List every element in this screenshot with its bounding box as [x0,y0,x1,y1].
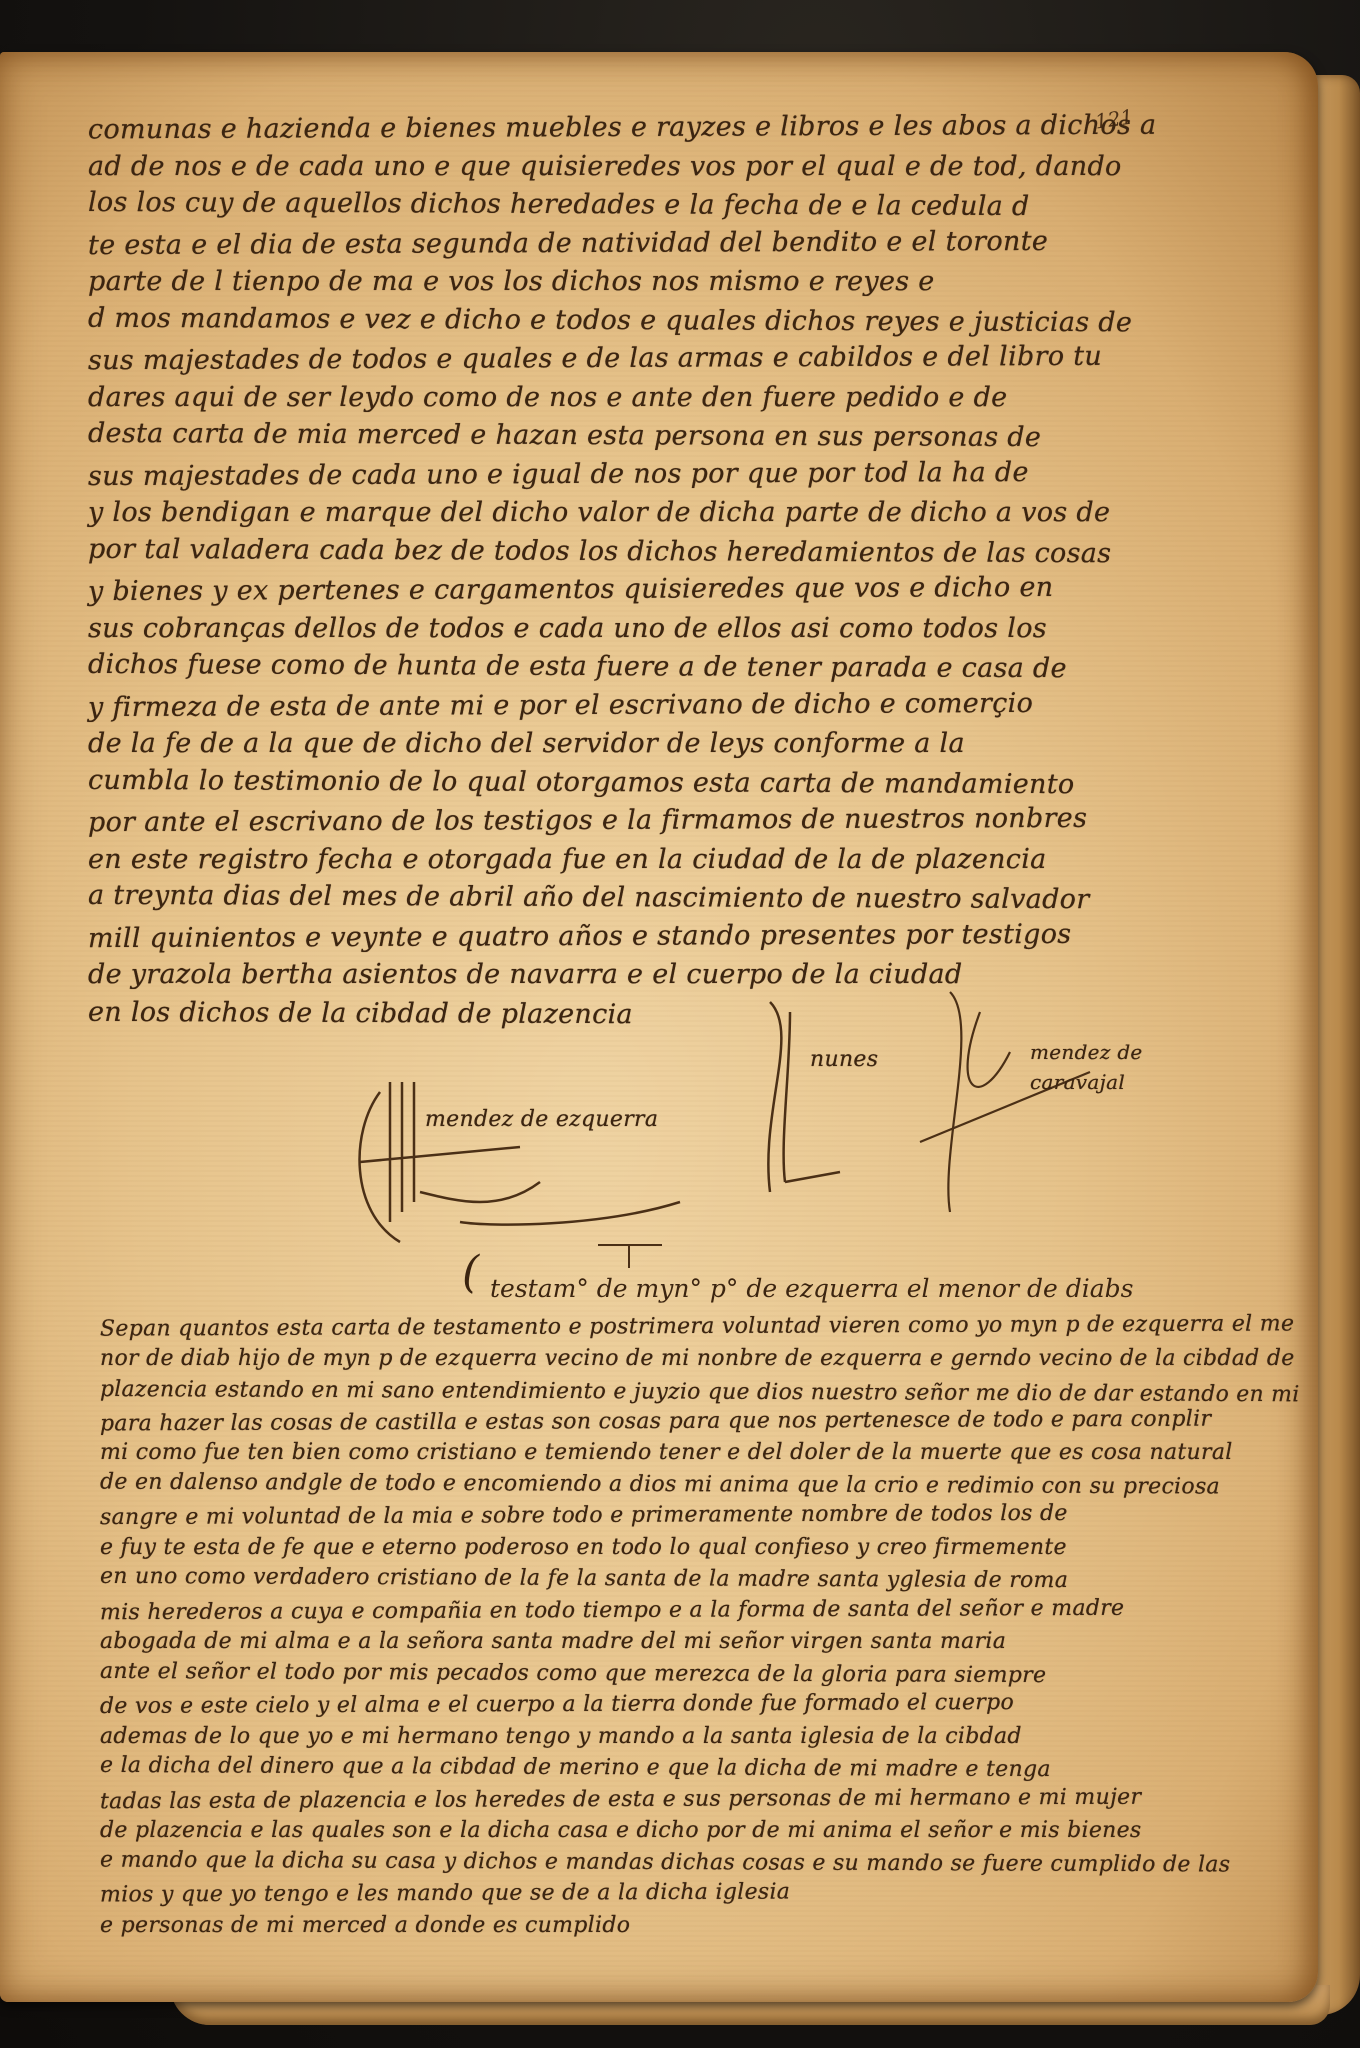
manuscript-line: de en dalenso andgle de todo e encomiend… [100,1469,1220,1499]
manuscript-line: mill quinientos e veynte e quatro años e… [88,918,1072,953]
cross-stem [628,1244,630,1268]
manuscript-line: sus cobranças dellos de todos e cada uno… [88,613,1047,644]
manuscript-line: de yrazola bertha asientos de navarra e … [88,959,963,990]
manuscript-line: nor de diab hijo de myn p de ezquerra ve… [100,1346,1295,1371]
manuscript-line: en uno como verdadero cristiano de la fe… [100,1564,1068,1593]
signature-2-label: nunes [810,1047,878,1072]
section-heading: testam° de myn° p° de ezquerra el menor … [490,1274,1133,1303]
manuscript-line: para hazer las cosas de castilla e estas… [100,1406,1211,1436]
manuscript-line: de la fe de a la que de dicho del servid… [88,728,965,759]
manuscript-line: e fuy te esta de fe que e eterno poderos… [100,1535,1067,1560]
manuscript-line: abogada de mi alma e a la señora santa m… [100,1629,1006,1654]
folio-number: 121 [1094,104,1135,133]
manuscript-line: mis herederos a cuya e compañia en todo … [100,1595,1124,1624]
manuscript-line: y bienes y ex pertenes e cargamentos qui… [88,572,1054,607]
manuscript-line: comunas e hazienda e bienes muebles e ra… [88,110,1157,146]
manuscript-line: e personas de mi merced a donde es cumpl… [100,1913,630,1938]
manuscript-page: 121 comunas e hazienda e bienes muebles … [0,52,1318,2002]
lower-text-block: Sepan quantos esta carta de testamento e… [100,1314,1300,1954]
manuscript-line: e mando que la dicha su casa y dichos e … [100,1847,1230,1877]
manuscript-line: sus majestades de cada uno e igual de no… [88,456,1029,491]
signature-flourish-icon [340,1052,660,1252]
manuscript-line: y los bendigan e marque del dicho valor … [88,497,1110,528]
manuscript-line: Sepan quantos esta carta de testamento e… [100,1311,1294,1341]
cross-mark [598,1244,662,1270]
manuscript-line: desta carta de mia merced e hazan esta p… [88,418,1041,453]
manuscript-line: y firmeza de esta de ante mi e por el es… [88,687,1033,722]
manuscript-line: por tal valadera cada bez de todos los d… [88,533,1111,568]
manuscript-line: en los dichos de la cibdad de plazencia [88,996,633,1029]
cross-bar [598,1244,662,1246]
manuscript-line: cumbla lo testimonio de lo qual otorgamo… [88,764,1075,799]
manuscript-line: ante el señor el todo por mis pecados co… [100,1658,1046,1687]
manuscript-line: a treynta dias del mes de abril año del … [88,880,1090,915]
manuscript-line: sus majestades de todos e quales e de la… [88,341,1102,376]
signature-2: nunes [750,992,910,1216]
manuscript-line: tadas las esta de plazencia e los herede… [100,1784,1141,1814]
manuscript-line: plazencia estando en mi sano entendimien… [100,1377,1300,1407]
manuscript-line: de vos e este cielo y el alma e el cuerp… [100,1690,1014,1719]
signature-flourish-icon [920,992,1220,1222]
manuscript-line: ademas de lo que yo e mi hermano tengo y… [100,1724,1022,1749]
manuscript-line: de plazencia e las quales son e la dicha… [100,1818,1142,1843]
manuscript-line: ad de nos e de cada uno e que quisierede… [88,151,1122,182]
heading-bracket-icon: ( [462,1247,479,1298]
manuscript-line: los los cuy de aquellos dichos heredades… [88,187,1030,222]
manuscript-line: d mos mandamos e vez e dicho e todos e q… [88,302,1132,338]
manuscript-line: en este registro fecha e otorgada fue en… [88,844,1047,875]
signature-3-label: mendez de caravajal [1030,1037,1190,1097]
signature-1-label: mendez de ezquerra [425,1107,658,1132]
signature-flourish-icon [750,992,910,1212]
upper-text-block: comunas e hazienda e bienes muebles e ra… [88,112,1308,1052]
manuscript-line: dares aqui de ser leydo como de nos e an… [88,382,1007,413]
manuscript-line: mios y que yo tengo e les mando que se d… [100,1879,790,1907]
manuscript-line: mi como fue ten bien como cristiano e te… [100,1440,1233,1465]
signature-1: mendez de ezquerra [340,1052,660,1256]
manuscript-line: por ante el escrivano de los testigos e … [88,803,1087,838]
manuscript-line: parte de l tienpo de ma e vos los dichos… [88,266,935,297]
manuscript-line: te esta e el dia de esta segunda de nati… [88,225,1048,260]
manuscript-line: dichos fuese como de hunta de esta fuere… [88,649,1067,684]
manuscript-line: sangre e mi voluntad de la mia e sobre t… [100,1501,1068,1530]
manuscript-line: e la dicha del dinero que a la cibdad de… [100,1753,1051,1782]
signature-3: mendez de caravajal [920,992,1220,1226]
